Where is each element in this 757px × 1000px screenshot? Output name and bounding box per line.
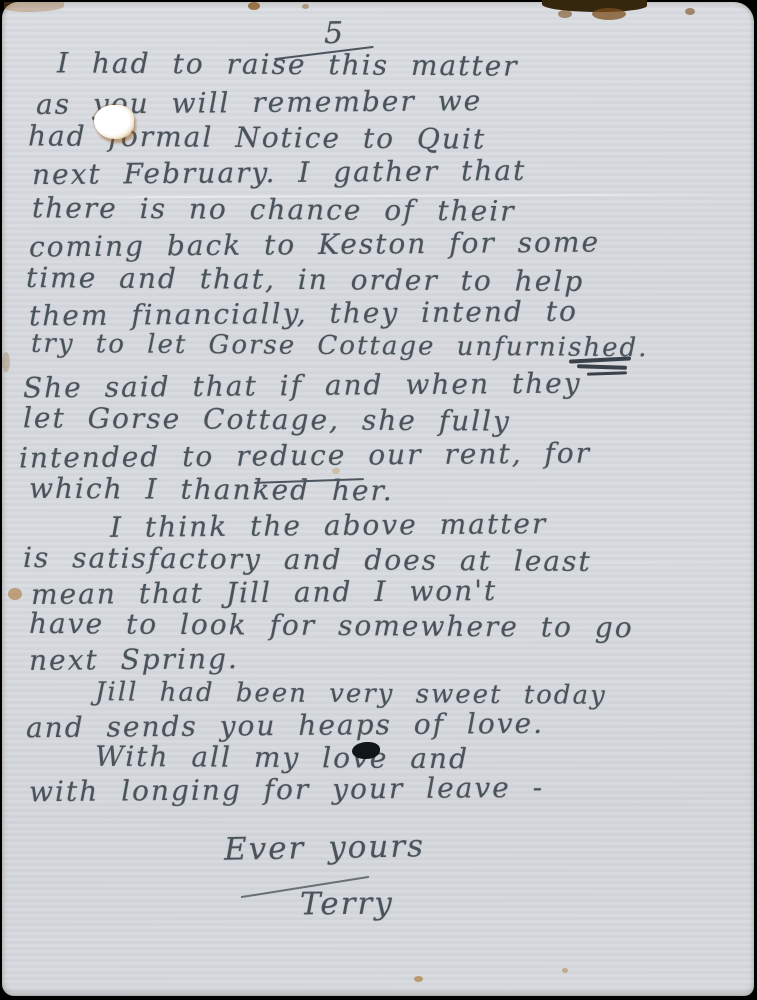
letter-line: is satisfactory and does at least bbox=[23, 541, 592, 578]
stain bbox=[332, 468, 340, 474]
stain bbox=[562, 968, 568, 973]
letter-line: I had to raise this matter bbox=[57, 46, 519, 82]
letter-line: and sends you heaps of love. bbox=[26, 707, 544, 745]
stain bbox=[414, 976, 423, 982]
letter-line: next February. I gather that bbox=[32, 154, 527, 191]
letter-line: try to let Gorse Cottage unfurnished. bbox=[31, 329, 649, 363]
closing-line: Ever yours bbox=[224, 828, 426, 868]
letter-line: have to look for somewhere to go bbox=[29, 607, 634, 644]
stain bbox=[2, 352, 10, 372]
letter-line: next Spring. bbox=[29, 642, 239, 677]
letter-line: there is no chance of their bbox=[32, 191, 516, 227]
letter-line: which I thanked her. bbox=[29, 472, 394, 508]
letter-line: them financially, they intend to bbox=[29, 295, 578, 333]
letter-page: 5 I had to raise this matter as you will… bbox=[2, 2, 754, 996]
letter-line: With all my love and bbox=[95, 740, 469, 776]
letter-line: coming back to Keston for some bbox=[29, 226, 600, 264]
stain bbox=[592, 8, 626, 20]
stain bbox=[8, 588, 22, 600]
letter-line: She said that if and when they bbox=[23, 367, 582, 405]
letter-body: 5 I had to raise this matter as you will… bbox=[2, 2, 754, 996]
letter-line: intended to reduce our rent, for bbox=[19, 437, 591, 475]
letter-line: with longing for your leave - bbox=[29, 771, 544, 808]
letter-line: Jill had been very sweet today bbox=[95, 677, 607, 711]
stain bbox=[248, 2, 260, 10]
letter-line: time and that, in order to help bbox=[26, 261, 584, 298]
page-number: 5 bbox=[324, 16, 345, 51]
stain bbox=[558, 10, 572, 18]
letter-line: I think the above matter bbox=[110, 507, 548, 544]
ink-blot bbox=[352, 742, 380, 759]
letter-line: mean that Jill and I won't bbox=[31, 574, 497, 611]
paper-hole bbox=[94, 105, 134, 139]
letter-line: let Gorse Cottage, she fully bbox=[23, 401, 511, 437]
signature: Terry bbox=[300, 886, 394, 923]
stain bbox=[302, 4, 309, 9]
stain bbox=[685, 8, 695, 15]
